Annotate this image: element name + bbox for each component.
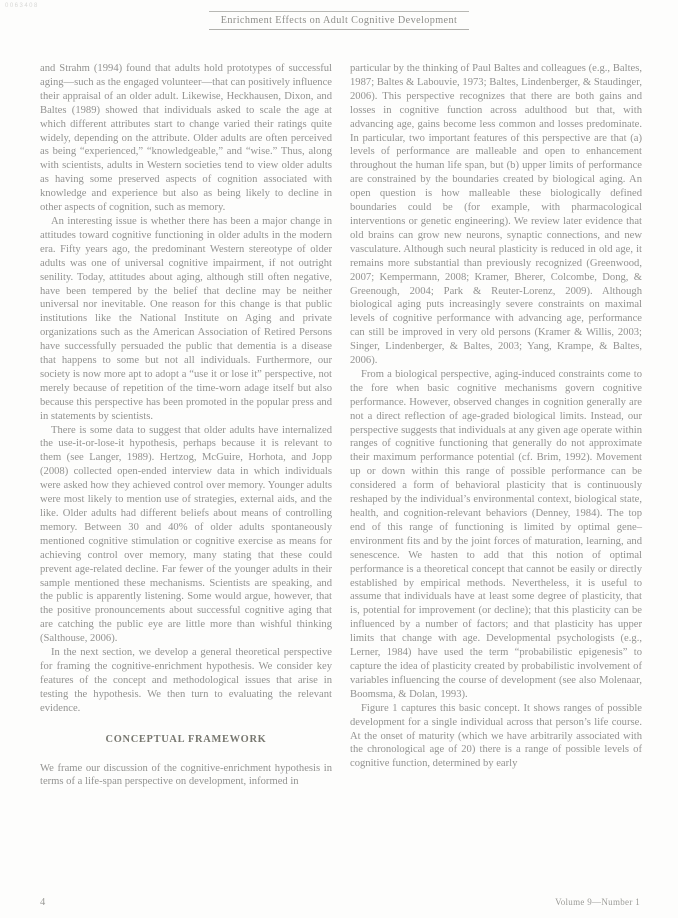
scan-corner-mark: 0063408 (5, 3, 39, 9)
paragraph: We frame our discussion of the cognitive… (40, 762, 332, 790)
right-column: particular by the thinking of Paul Balte… (350, 62, 642, 789)
paragraph: Figure 1 captures this basic concept. It… (350, 702, 642, 772)
paper-page: 0063408 Enrichment Effects on Adult Cogn… (0, 0, 678, 918)
left-column: and Strahm (1994) found that adults hold… (40, 62, 332, 789)
paragraph: There is some data to suggest that older… (40, 424, 332, 647)
paragraph: particular by the thinking of Paul Balte… (350, 62, 642, 368)
two-column-body: and Strahm (1994) found that adults hold… (40, 62, 642, 789)
section-heading-conceptual-framework: CONCEPTUAL FRAMEWORK (40, 733, 332, 747)
page-footer: 4 Volume 9—Number 1 (40, 897, 640, 908)
paragraph: From a biological perspective, aging-ind… (350, 368, 642, 702)
page-number: 4 (40, 897, 45, 908)
running-head-title: Enrichment Effects on Adult Cognitive De… (209, 11, 469, 30)
running-head: Enrichment Effects on Adult Cognitive De… (0, 10, 678, 30)
paragraph: An interesting issue is whether there ha… (40, 215, 332, 424)
paragraph: In the next section, we develop a genera… (40, 646, 332, 716)
volume-number: Volume 9—Number 1 (555, 897, 640, 907)
paragraph: and Strahm (1994) found that adults hold… (40, 62, 332, 215)
